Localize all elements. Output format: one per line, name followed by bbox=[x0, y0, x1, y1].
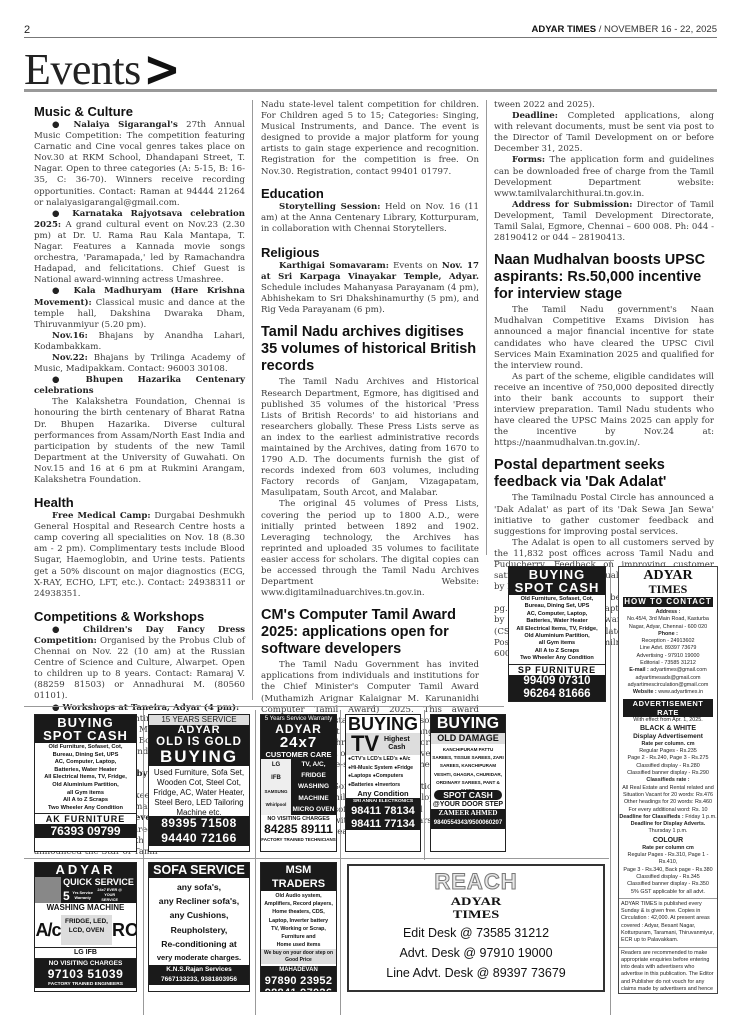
ad-sp-furniture: BUYING SPOT CASH Old Furniture, Sofaset,… bbox=[508, 566, 606, 702]
ad-ak-furniture: BUYING SPOT CASH Old Furniture, Sofaset,… bbox=[34, 714, 137, 852]
ad-phone: 9840554343/9500060207 bbox=[431, 818, 505, 829]
ad-rule bbox=[494, 560, 614, 561]
ad-reach-adyar-times: REACH ADYAR TIMES Edit Desk @ 73585 3121… bbox=[347, 864, 605, 992]
upsc-para-2: As part of the scheme, eligible candidat… bbox=[494, 372, 714, 450]
item-taneira: ● Workshops at Taneira, Adyar (4 pm): bbox=[34, 703, 245, 714]
ad-phone: 89395 71508 bbox=[149, 816, 249, 831]
disclaimer: Readers are recommended to make appropri… bbox=[619, 947, 717, 994]
ad-phone: 97103 51039 bbox=[35, 968, 136, 981]
heading-religious: Religious bbox=[261, 245, 479, 260]
headline-upsc: Naan Mudhalvan boosts UPSC aspirants: Rs… bbox=[494, 252, 714, 303]
ad-phone: 99409 07310 bbox=[509, 675, 605, 688]
ad-phone: 76393 09799 bbox=[35, 824, 136, 838]
ad-phone: 84285 89111 bbox=[261, 823, 336, 836]
ad-row-rule bbox=[24, 858, 609, 859]
brand-logo: ADYAR bbox=[619, 569, 717, 583]
how-to-contact-banner: HOW TO CONTACT bbox=[623, 597, 713, 607]
ad-old-is-gold: 15 YEARS SERVICE ADYAR OLD IS GOLD BUYIN… bbox=[148, 714, 250, 852]
upsc-para-1: The Tamil Nadu government's Naan Mudhalv… bbox=[494, 305, 714, 372]
rate-details: With effect from Apr. 1, 2025. BLACK & W… bbox=[619, 717, 717, 896]
advt-desk-phone: Advt. Desk @ 97910 19000 bbox=[349, 943, 603, 963]
ad-items: Old Furniture, Sofaset, Cot,Bureau, Dini… bbox=[35, 743, 136, 813]
award-forms: Forms: The application form and guidelin… bbox=[494, 155, 714, 199]
issue-date: NOVEMBER 16 - 22, 2025 bbox=[604, 24, 717, 35]
contact-details: Address : No.45/4, 3rd Main Road, Kastur… bbox=[619, 609, 717, 697]
ad-phone: 7667133233, 9381803956 bbox=[149, 974, 249, 985]
ad-phone: 94440 72166 bbox=[149, 831, 249, 846]
heading-health: Health bbox=[34, 495, 245, 510]
ad-divider bbox=[143, 710, 144, 1015]
heading-music-culture: Music & Culture bbox=[34, 104, 245, 119]
section-rule bbox=[24, 89, 717, 92]
rate-banner: ADVERTISEMENTRATE bbox=[623, 699, 713, 717]
item-bhupen-title: ● Bhupen Hazarika Centenary celebrations bbox=[34, 375, 245, 397]
ad-items: Old Audio system,Amplifiers, Record play… bbox=[261, 891, 336, 949]
publication-name: ADYAR TIMES bbox=[532, 24, 597, 35]
award-deadline: Deadline: Completed applications, along … bbox=[494, 111, 714, 155]
ad-items: Old Furniture, Sofaset, Cot,Bureau, Dini… bbox=[509, 595, 605, 664]
ad-row-rule bbox=[24, 706, 504, 707]
masthead-line: ADYAR TIMES / NOVEMBER 16 - 22, 2025 bbox=[532, 24, 718, 35]
item-talent-hunt-cont: Nadu state-level talent competition for … bbox=[261, 100, 479, 178]
ad-phone: 96264 81666 bbox=[509, 688, 605, 701]
section-title-text: Events bbox=[24, 45, 141, 94]
item-nalaiya: ● Nalaiya Sigarangal's 27th Annual Music… bbox=[34, 120, 245, 209]
item-medical-camp: Free Medical Camp: Durgabai Deshmukh Gen… bbox=[34, 511, 245, 600]
ad-sofa-service: SOFA SERVICE any sofa's,any Recliner sof… bbox=[148, 862, 250, 992]
ad-divider bbox=[424, 710, 425, 860]
ad-phone: 97890 23952 bbox=[261, 975, 336, 987]
item-somavaram: Karthigai Somavaram: Events on Nov. 17 a… bbox=[261, 261, 479, 316]
award-address: Address for Submission: Director of Tami… bbox=[494, 200, 714, 244]
item-fancy-dress: ● Children's Day Fancy Dress Competition… bbox=[34, 625, 245, 703]
item-kala-date-1: Nov.16: Bhajans by Anandha Lahari, Kodam… bbox=[34, 331, 245, 353]
heading-education: Education bbox=[261, 186, 479, 201]
contact-rate-box: ADYAR TIMES HOW TO CONTACT Address : No.… bbox=[618, 566, 718, 994]
ad-items: ●CTV's LCD's LED's ●A/c●Hi-Music System … bbox=[346, 755, 420, 789]
ad-old-damage: BUYING OLD DAMAGE KANCHIPURAM PATTU SARE… bbox=[430, 714, 506, 852]
item-storytelling: Storytelling Session: Held on Nov. 16 (1… bbox=[261, 202, 479, 235]
item-kala-date-2: Nov.22: Bhajans by Trilinga Academy of M… bbox=[34, 353, 245, 375]
heading-competitions: Competitions & Workshops bbox=[34, 609, 245, 624]
ad-buying-tv: BUYING TV HighestCash ●CTV's LCD's LED's… bbox=[345, 714, 421, 852]
ad-items: any sofa's,any Recliner sofa's,any Cushi… bbox=[149, 878, 249, 965]
column-divider bbox=[486, 100, 487, 555]
column-divider bbox=[252, 100, 253, 700]
ad-divider bbox=[610, 560, 611, 1015]
ad-phone: 98411 78134 bbox=[346, 805, 420, 818]
technician-icon bbox=[35, 877, 61, 903]
archives-para-2: The original 45 volumes of Press Lists, … bbox=[261, 499, 479, 599]
item-kala-madhuryam: ● Kala Madhuryam (Hare Krishna Movement)… bbox=[34, 286, 245, 330]
publication-info: ADYAR TIMES is published every Sunday & … bbox=[619, 898, 717, 947]
ad-divider bbox=[340, 710, 341, 1015]
separator: / bbox=[599, 24, 602, 35]
headline-tamil-award: CM's Computer Tamil Award 2025: applicat… bbox=[261, 607, 479, 658]
ad-quick-service: ADYAR QUICK SERVICE 5Yrs Service Warrant… bbox=[34, 862, 137, 992]
item-bhupen-text: The Kalakshetra Foundation, Chennai is h… bbox=[34, 397, 245, 486]
ad-divider bbox=[255, 710, 256, 1015]
award-cont: tween 2022 and 2025). bbox=[494, 100, 714, 111]
headline-archives: Tamil Nadu archives digitises 35 volumes… bbox=[261, 324, 479, 375]
ad-msm-traders: MSM TRADERS Old Audio system,Amplifiers,… bbox=[260, 862, 337, 992]
brand-logos: LGIFBSAMSUNGWhirlpool bbox=[261, 759, 291, 815]
brand-logos: LG IFB bbox=[35, 947, 136, 959]
line-advt-desk-phone: Line Advt. Desk @ 89397 73679 bbox=[349, 963, 603, 983]
postal-para-1: The Tamilnadu Postal Circle has announce… bbox=[494, 493, 714, 537]
edit-desk-phone: Edit Desk @ 73585 31212 bbox=[349, 923, 603, 943]
header-rule bbox=[24, 37, 717, 38]
page-number: 2 bbox=[24, 24, 30, 36]
ad-phone: 98841 97026 bbox=[261, 987, 336, 992]
item-karnataka: ● Karnataka Rajyotsava celebration 2025:… bbox=[34, 209, 245, 287]
archives-para-1: The Tamil Nadu Archives and Historical R… bbox=[261, 377, 479, 499]
ad-customer-care: 5 Years Service Warranty ADYAR 24x7 CUST… bbox=[260, 714, 337, 852]
headline-postal: Postal department seeks feedback via 'Da… bbox=[494, 457, 714, 491]
ad-phone: 98411 77134 bbox=[346, 818, 420, 831]
